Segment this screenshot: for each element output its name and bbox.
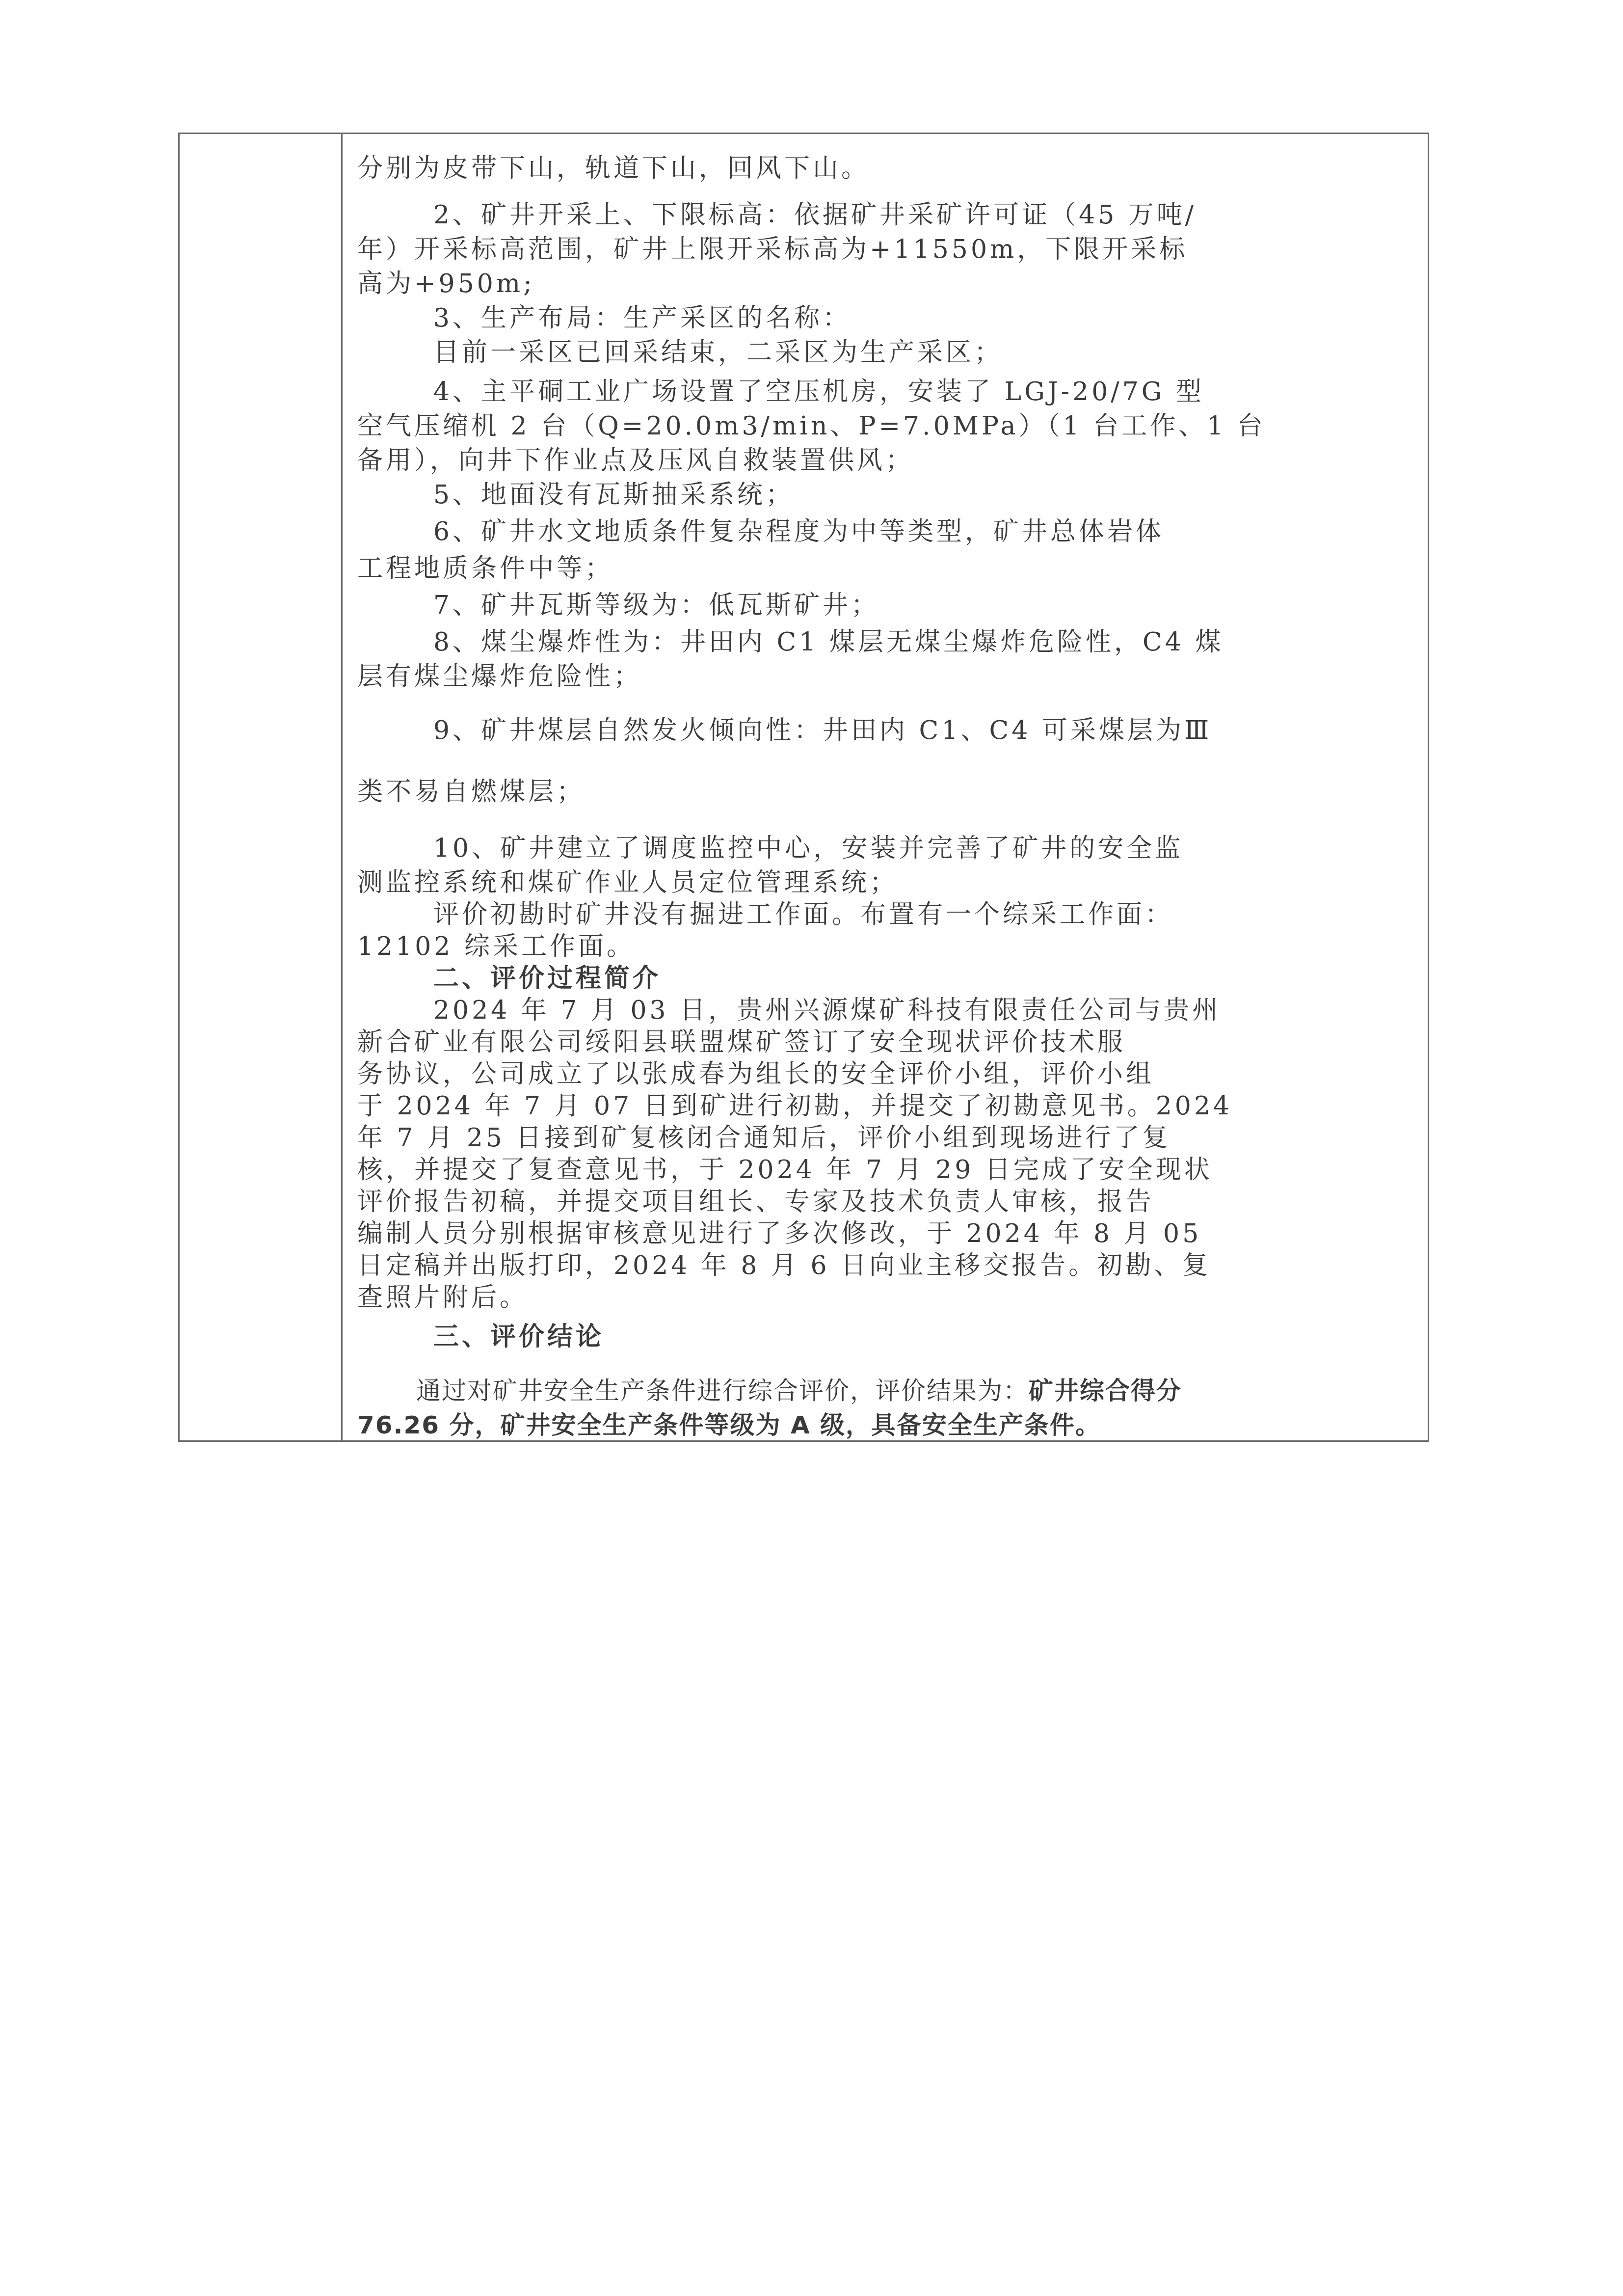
report-table: 分别为皮带下山，轨道下山，回风下山。2、矿井开采上、下限标高：依据矿井采矿许可证… (178, 133, 1429, 1442)
text-line: 核，并提交了复查意见书，于 2024 年 7 月 29 日完成了安全现状 (357, 1155, 1213, 1185)
label-cell-empty (180, 134, 341, 1440)
text-line: 12102 综采工作面。 (357, 932, 635, 961)
text-line: 2024 年 7 月 03 日，贵州兴源煤矿科技有限责任公司与贵州 (433, 996, 1221, 1025)
text-line: 4、主平硐工业广场设置了空压机房，安装了 LGJ-20/7G 型 (433, 377, 1204, 406)
text-line: 评价初勘时矿井没有掘进工作面。布置有一个综采工作面： (433, 900, 1173, 929)
conclusion-line-1: 通过对矿井安全生产条件进行综合评价，评价结果为：矿井综合得分 (416, 1376, 1182, 1405)
text-line: 层有煤尘爆炸危险性； (357, 662, 642, 691)
content-cell: 分别为皮带下山，轨道下山，回风下山。2、矿井开采上、下限标高：依据矿井采矿许可证… (357, 134, 1408, 1440)
text-line: 8、煤尘爆炸性为：井田内 C1 煤层无煤尘爆炸危险性，C4 煤 (433, 627, 1224, 657)
conclusion-intro: 通过对矿井安全生产条件进行综合评价，评价结果为： (416, 1377, 1029, 1405)
conclusion-line-2: 76.26 分，矿井安全生产条件等级为 A 级，具备安全生产条件。 (357, 1410, 1101, 1440)
text-line: 年）开采标高范围，矿井上限开采标高为+11550m，下限开采标 (357, 235, 1188, 264)
text-line: 目前一采区已回采结束，二采区为生产采区； (433, 338, 1003, 367)
text-line: 空气压缩机 2 台（Q=20.0m3/min、P=7.0MPa）（1 台工作、1… (357, 411, 1266, 441)
text-line: 10、矿井建立了调度监控中心，安装并完善了矿井的安全监 (433, 834, 1183, 863)
text-line: 务协议，公司成立了以张成春为组长的安全评价小组，评价小组 (357, 1059, 1154, 1089)
text-line: 7、矿井瓦斯等级为：低瓦斯矿井； (433, 591, 879, 620)
text-line: 评价报告初稿，并提交项目组长、专家及技术负责人审核，报告 (357, 1187, 1154, 1216)
text-line: 备用），向井下作业点及压风自救装置供风； (357, 446, 914, 475)
text-line: 5、地面没有瓦斯抽采系统； (433, 480, 794, 510)
text-line: 3、生产布局：生产采区的名称： (433, 303, 851, 333)
text-line: 2、矿井开采上、下限标高：依据矿井采矿许可证（45 万吨/ (433, 200, 1197, 230)
text-line: 日定稿并出版打印，2024 年 8 月 6 日向业主移交报告。初勘、复 (357, 1251, 1211, 1280)
text-line: 高为+950m; (357, 269, 535, 298)
text-line: 工程地质条件中等； (357, 554, 613, 583)
text-line: 类不易自燃煤层； (357, 777, 585, 807)
text-line: 9、矿井煤层自然发火倾向性：井田内 C1、C4 可采煤层为Ⅲ (433, 716, 1212, 745)
text-line: 新合矿业有限公司绥阳县联盟煤矿签订了安全现状评价技术服 (357, 1027, 1126, 1057)
conclusion-score-label: 矿井综合得分 (1029, 1377, 1182, 1405)
column-divider (341, 134, 343, 1440)
section-heading-evaluation-conclusion: 三、评价结论 (433, 1322, 604, 1351)
text-line: 6、矿井水文地质条件复杂程度为中等类型，矿井总体岩体 (433, 517, 1164, 546)
text-line: 查照片附后。 (357, 1283, 528, 1312)
text-line: 分别为皮带下山，轨道下山，回风下山。 (357, 154, 870, 183)
section-heading-evaluation-process: 二、评价过程简介 (433, 964, 661, 993)
text-line: 测监控系统和煤矿作业人员定位管理系统； (357, 868, 898, 897)
text-line: 年 7 月 25 日接到矿复核闭合通知后，评价小组到现场进行了复 (357, 1123, 1171, 1153)
text-line: 于 2024 年 7 月 07 日到矿进行初勘，并提交了初勘意见书。2024 (357, 1091, 1232, 1121)
text-line: 编制人员分别根据审核意见进行了多次修改，于 2024 年 8 月 05 (357, 1219, 1201, 1248)
